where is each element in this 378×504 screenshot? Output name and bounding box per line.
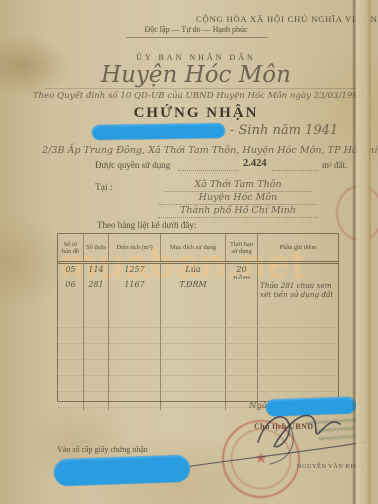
col-header-map-sheet: Số tờ bản đồ <box>58 234 84 261</box>
cell-duration <box>226 279 258 312</box>
empty-row <box>58 312 338 328</box>
granted-area-unit: m² đất. <box>322 160 347 170</box>
cell-land-use: Lúa <box>161 264 226 279</box>
empty-row <box>58 344 338 360</box>
location-city: Thành phố Hồ Chí Minh <box>158 205 318 218</box>
district-name-script: Huyện Hóc Môn <box>101 62 291 88</box>
cell-map-sheet: 06 <box>58 279 84 312</box>
cell-parcel-no: 114 <box>84 264 109 279</box>
photographed-land-certificate: muaban.net CỘNG HÒA XÃ HỘI CHỦ NGHĨA VIỆ… <box>0 0 378 504</box>
col-header-duration: Thời hạn sử dụng <box>226 234 258 261</box>
table-intro: Theo bảng liệt kê dưới đây: <box>97 220 196 230</box>
parcel-table-header-row: Số tờ bản đồ Số thửa Diện tích (m²) Mục … <box>58 234 338 264</box>
parcel-row-1: 05 114 1257 Lúa 20 năm <box>58 264 338 279</box>
cell-land-use: T.ĐRM <box>161 279 226 312</box>
register-label: Vào sổ cấp giấy chứng nhận <box>57 445 148 454</box>
empty-row <box>58 328 338 344</box>
dotted-leader-1 <box>178 170 238 171</box>
col-header-parcel-no: Số thửa <box>84 234 109 261</box>
cell-map-sheet: 05 <box>58 264 84 279</box>
empty-row <box>58 376 338 392</box>
location-commune: Xã Thới Tam Thôn <box>164 179 311 192</box>
motto-underline <box>126 37 268 38</box>
cell-parcel-no: 281 <box>84 279 109 312</box>
district-baseline <box>45 88 355 89</box>
empty-row <box>58 360 338 376</box>
cell-area: 1257 <box>109 264 161 279</box>
page-right-edge <box>369 0 378 504</box>
granted-area-value: 2.424 <box>243 158 267 169</box>
redaction-holder-name <box>92 123 225 140</box>
decision-reference-line: Theo Quyết định số 10 QD-UB của UBND Huy… <box>33 91 363 101</box>
parcel-table: Số tờ bản đồ Số thửa Diện tích (m²) Mục … <box>57 233 339 402</box>
cell-notes <box>258 264 338 279</box>
dotted-leader-2 <box>272 170 318 171</box>
parcel-row-2: 06 281 1167 T.ĐRM Thửa 281 chưa xem xét … <box>58 279 338 312</box>
national-motto-line2: Độc lập — Tự do — Hạnh phúc <box>144 25 247 34</box>
col-header-land-use: Mục đích sử dụng <box>161 234 226 261</box>
col-header-notes: Phần ghi thêm <box>258 234 338 261</box>
cell-area: 1167 <box>109 279 161 312</box>
location-district: Huyện Hóc Môn <box>159 192 317 205</box>
granted-area-label: Được quyền sử dụng <box>95 160 170 170</box>
issuing-committee: ỦY BAN NHÂN DÂN <box>136 53 256 62</box>
cell-notes: Thửa 281 chưa xem xét tiền sử dụng đất <box>258 279 338 312</box>
at-label: Tại : <box>95 183 113 193</box>
national-motto-line1: CỘNG HÒA XÃ HỘI CHỦ NGHĨA VIỆT NAM <box>196 14 378 24</box>
holder-address-script: 2/3B Ấp Trung Đông, Xã Thới Tam Thôn, Hu… <box>42 145 378 156</box>
redaction-register-number <box>54 455 191 487</box>
chairman-signature <box>170 402 370 482</box>
birth-year-text: - Sinh năm 1941 <box>230 123 338 138</box>
cell-duration: 20 năm <box>226 264 258 279</box>
certificate-title: CHỨNG NHẬN <box>134 105 259 122</box>
col-header-area: Diện tích (m²) <box>109 234 161 261</box>
